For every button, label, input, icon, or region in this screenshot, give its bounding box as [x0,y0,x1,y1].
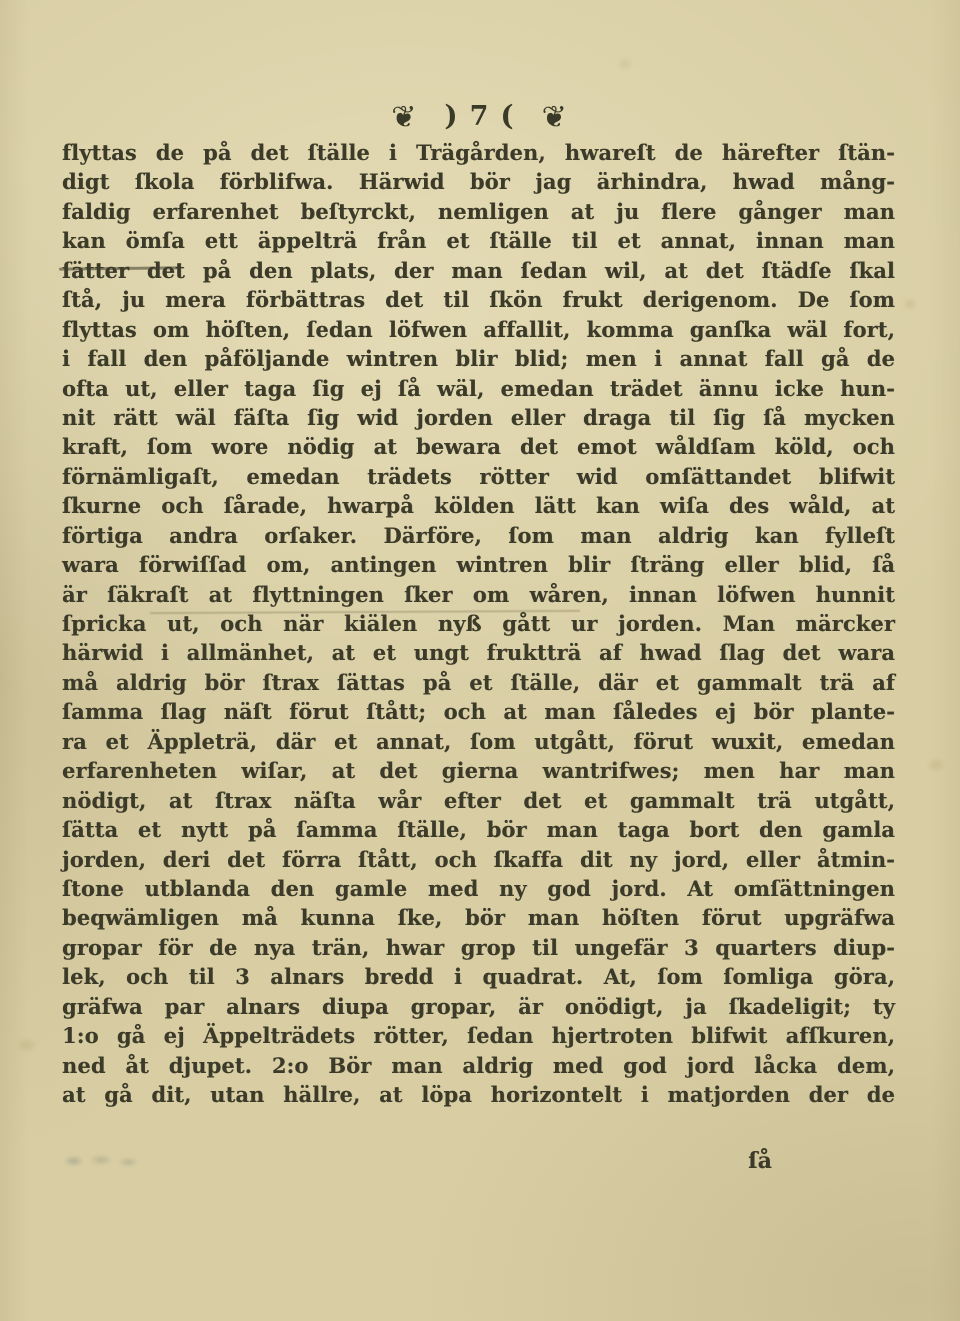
fleuron-icon: ❦ [391,100,418,135]
text-line: wara förwiſſad om, antingen wintren blir… [62,550,895,579]
text-line: ſätter det på den plats, der man ſedan w… [62,256,895,285]
header-close-paren: ( [500,99,515,132]
text-line: ſamma ſlag näſt förut ſtått; och at man … [62,697,895,726]
text-line: nit rätt wäl fäſta ſig wid jorden eller … [62,403,895,432]
text-line: förtiga andra orſaker. Därföre, ſom man … [62,521,895,550]
page-header: ❦)7(❦ [0,98,960,133]
catchword: ſå [705,1148,815,1174]
text-line: ſkurne och ſårade, hwarpå kölden lätt ka… [62,491,895,520]
text-line: beqwämligen må kunna ſke, bör man höſten… [62,903,895,932]
text-line: är ſäkraſt at flyttningen ſker om wåren,… [62,580,895,609]
foxing-spot [905,300,915,308]
page-body: flyttas de på det ſtälle i Trägården, hw… [62,138,895,1109]
foxing-spot [930,760,942,770]
book-page: ❦)7(❦ flyttas de på det ſtälle i Trägård… [0,0,960,1321]
text-line: ſätta et nytt på ſamma ſtälle, bör man t… [62,815,895,844]
text-line: gropar för de nya trän, hwar grop til un… [62,933,895,962]
fleuron-icon: ❦ [542,100,569,135]
bleedthrough-smudge [62,1150,140,1172]
text-line: kraft, ſom wore nödig at bewara det emot… [62,432,895,461]
text-line: 1:o gå ej Äppelträdets rötter, ſedan hje… [62,1021,895,1050]
text-line: nödigt, at ſtrax näſta wår efter det et … [62,786,895,815]
text-line: jorden, deri det förra ſtått, och ſkaffa… [62,845,895,874]
page-number: 7 [470,101,491,132]
text-line: faldig erfarenhet beſtyrckt, nemligen at… [62,197,895,226]
text-line: i fall den påföljande wintren blir blid;… [62,344,895,373]
text-line: flyttas om höſten, ſedan löfwen affallit… [62,315,895,344]
text-line: digt ſkola förblifwa. Härwid bör jag ärh… [62,167,895,196]
text-line: flyttas de på det ſtälle i Trägården, hw… [62,138,895,167]
header-open-paren: ) [444,99,459,132]
text-line: ned åt djupet. 2:o Bör man aldrig med go… [62,1051,895,1080]
foxing-spot [20,1040,34,1050]
text-line: ſtone utblanda den gamle med ny god jord… [62,874,895,903]
text-line: gräfwa par alnars diupa gropar, är onödi… [62,992,895,1021]
text-line: kan ömſa ett äppelträ från et ſtälle til… [62,226,895,255]
text-line: må aldrig bör ſtrax ſättas på et ſtälle,… [62,668,895,697]
foxing-spot [620,60,630,68]
text-line: förnämligaſt, emedan trädets rötter wid … [62,462,895,491]
text-line: at gå dit, utan hällre, at löpa horizont… [62,1080,895,1109]
text-line: ra et Äppleträ, där et annat, ſom utgått… [62,727,895,756]
text-line: lek, och til 3 alnars bredd i quadrat. A… [62,962,895,991]
text-line: härwid i allmänhet, at et ungt fruktträ … [62,638,895,667]
text-line: ofta ut, eller taga ſig ej ſå wäl, emeda… [62,374,895,403]
text-line: erfarenheten wiſar, at det gierna wantri… [62,756,895,785]
text-line: ſtå, ju mera förbättras det til ſkön fru… [62,285,895,314]
